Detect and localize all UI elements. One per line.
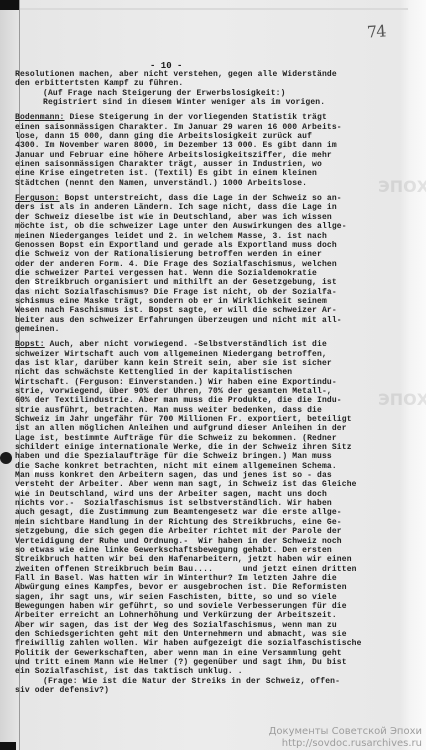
text-line: das nicht Sozialfaschismus? Die Frage is… bbox=[15, 288, 410, 297]
line-text: mein sichtbare Handlung in der Richtung … bbox=[15, 518, 342, 527]
text-line: der Schweiz dieselbe ist wie in Deutschl… bbox=[15, 213, 410, 222]
text-line: haben und die Spezialaufträge für die Sc… bbox=[15, 452, 410, 461]
text-line: Wirtschaft. (Ferguson: Einverstanden.) W… bbox=[15, 378, 410, 387]
line-text: ders ist als in anderen Ländern. Ich sag… bbox=[15, 203, 337, 212]
text-line: Streikbruch hatten wir bei den Hafenarbe… bbox=[15, 555, 410, 564]
line-text: versteht der Arbeiter. Aber wenn man sag… bbox=[15, 480, 357, 489]
text-line: einen saisonmässigen Charakter trägt, au… bbox=[15, 160, 410, 169]
line-text: Schweiz im Jahr ungefähr für 700 Million… bbox=[15, 415, 352, 424]
text-line: beiter aus den schweizer Erfahrungen übe… bbox=[15, 316, 410, 325]
binder-hole bbox=[0, 452, 12, 464]
text-line: Resolutionen machen, aber nicht verstehe… bbox=[15, 70, 410, 79]
line-text: Man muss konkret den Arbeitern sagen, da… bbox=[15, 471, 332, 480]
text-line: den erbittertsten Kampf zu führen. bbox=[15, 79, 410, 88]
text-line: Abwürgung eines Kampfes, bevor er ausgeb… bbox=[15, 583, 410, 592]
text-line: nicht das schwächste Kettenglied in der … bbox=[15, 368, 410, 377]
line-text: schildert einige internationale Werke, d… bbox=[15, 443, 352, 452]
line-text: ist an allen möglichen Anleihen und aufg… bbox=[15, 424, 347, 433]
page-top-fold bbox=[20, 8, 408, 10]
text-line: Januar und Februar eine höhere Arbeitslo… bbox=[15, 151, 410, 160]
text-line: den Schiedsgerichten geht mit den Untern… bbox=[15, 630, 410, 639]
text-line: und tritt einem Mann wie Helmer (?) gege… bbox=[15, 658, 410, 667]
text-line: schismus eine Maske trägt, sondern ob er… bbox=[15, 297, 410, 306]
line-text: Fall in Basel. Was hatten wir in Wintert… bbox=[15, 574, 337, 583]
line-text: den erbittertsten Kampf zu führen. bbox=[15, 79, 183, 88]
archive-watermark-title: Документы Советской Эпохи bbox=[269, 726, 422, 737]
line-text: lose, dann 15 000, dann ging die Arbeits… bbox=[15, 132, 312, 141]
archive-watermark-url: http://sovdoc.rusarchives.ru bbox=[282, 738, 422, 749]
scan-border-corner bbox=[0, 742, 16, 750]
scan-border-corner bbox=[0, 0, 20, 10]
text-line: Schweiz im Jahr ungefähr für 700 Million… bbox=[15, 415, 410, 424]
line-text: so etwas wie eine linke Gewerkschaftsbew… bbox=[15, 546, 332, 555]
text-line: Arbeiter erreicht an Lohnerhöhung und Ve… bbox=[15, 611, 410, 620]
line-text: (Frage: Wie ist die Natur der Streiks in… bbox=[43, 677, 340, 686]
line-text: strie ausführt, betrachten. Man muss wei… bbox=[15, 406, 322, 415]
line-text: (Auf Frage nach Steigerung der Erwerbslo… bbox=[43, 89, 286, 98]
text-line: gemeinen. bbox=[15, 325, 410, 334]
text-line: eine Krise eingetreten ist. (Textil) Es … bbox=[15, 169, 410, 178]
speaker-name: Bopst: bbox=[15, 340, 45, 349]
text-line: Genossen Bopst ein Exportland und gerade… bbox=[15, 241, 410, 250]
line-text: freiwillig zahlen wollen. Wir haben aufg… bbox=[15, 639, 362, 648]
line-text: Bewegungen haben wir geführt, so und sov… bbox=[15, 602, 347, 611]
line-text: der Schweiz dieselbe ist wie in Deutschl… bbox=[15, 213, 332, 222]
text-line: (Frage: Wie ist die Natur der Streiks in… bbox=[15, 677, 410, 686]
line-text: einen saisonmässigen Charakter. Im Janua… bbox=[15, 123, 342, 132]
text-line: 60% der Textilindustrie. Aber man muss d… bbox=[15, 396, 410, 405]
line-text: meinen Niederganges leidet und 2. in wel… bbox=[15, 232, 327, 241]
handwritten-folio-number: 74 bbox=[366, 21, 386, 41]
text-line: lose, dann 15 000, dann ging die Arbeits… bbox=[15, 132, 410, 141]
text-line: Verteidigung der Ruhe und Ordnung.- Wir … bbox=[15, 537, 410, 546]
text-line: den Streikbruch organisiert und mithilft… bbox=[15, 278, 410, 287]
text-line: Registriert sind in diesem Winter wenige… bbox=[15, 98, 410, 107]
line-text: schismus eine Maske trägt, sondern ob er… bbox=[15, 297, 327, 306]
text-line: schildert einige internationale Werke, d… bbox=[15, 443, 410, 452]
line-text: sagen, ihr sagt uns, wir seien Faschiste… bbox=[15, 593, 337, 602]
line-text: zweiten offenen Streikbruch beim Bau....… bbox=[15, 565, 357, 574]
line-text: und tritt einem Mann wie Helmer (?) gege… bbox=[15, 658, 347, 667]
line-text: setzgebung, die sich gegen die Arbeiter … bbox=[15, 527, 342, 536]
line-text: haben und die Spezialaufträge für die Sc… bbox=[15, 452, 332, 461]
text-line: strie ausführt, betrachten. Man muss wei… bbox=[15, 406, 410, 415]
line-text: das ist klar, darüber kann kein Streit s… bbox=[15, 359, 332, 368]
line-text: ein Sozialfaschist, ist das taktisch unk… bbox=[15, 667, 243, 676]
speaker-name: Ferguson: bbox=[15, 194, 60, 203]
line-text: Politik der Gewerkschaften, aber wenn ma… bbox=[15, 649, 342, 658]
line-text: Wirtschaft. (Ferguson: Einverstanden.) W… bbox=[15, 378, 337, 387]
line-text: strie, vorwiegend, über 90% der Uhren, 7… bbox=[15, 387, 332, 396]
line-text: schweizer Wirtschaft auch vom allgemeine… bbox=[15, 350, 327, 359]
line-text: Verteidigung der Ruhe und Ordnung.- Wir … bbox=[15, 537, 342, 546]
text-line: Ferguson: Bopst unterstreicht, dass die … bbox=[15, 194, 410, 203]
line-text: eine Krise eingetreten ist. (Textil) Es … bbox=[15, 169, 317, 178]
line-text: Bopst unterstreicht, dass die Lage in de… bbox=[60, 194, 342, 203]
text-line: sagen, ihr sagt uns, wir seien Faschiste… bbox=[15, 593, 410, 602]
text-line: setzgebung, die sich gegen die Arbeiter … bbox=[15, 527, 410, 536]
speaker-name: Bodenmann: bbox=[15, 113, 65, 122]
text-line: (Auf Frage nach Steigerung der Erwerbslo… bbox=[15, 89, 410, 98]
text-line: ein Sozialfaschist, ist das taktisch unk… bbox=[15, 667, 410, 676]
text-line: freiwillig zahlen wollen. Wir haben aufg… bbox=[15, 639, 410, 648]
text-line: das ist klar, darüber kann kein Streit s… bbox=[15, 359, 410, 368]
text-line: schweizer Wirtschaft auch vom allgemeine… bbox=[15, 350, 410, 359]
line-text: Resolutionen machen, aber nicht verstehe… bbox=[15, 70, 337, 79]
text-line: strie, vorwiegend, über 90% der Uhren, 7… bbox=[15, 387, 410, 396]
text-line: wie in Deutschland, wird uns der Arbeite… bbox=[15, 490, 410, 499]
text-line: einen saisonmässigen Charakter. Im Janua… bbox=[15, 123, 410, 132]
line-text: gemeinen. bbox=[15, 325, 60, 334]
text-line: Politik der Gewerkschaften, aber wenn ma… bbox=[15, 649, 410, 658]
text-line: meinen Niederganges leidet und 2. in wel… bbox=[15, 232, 410, 241]
text-line: so etwas wie eine linke Gewerkschaftsbew… bbox=[15, 546, 410, 555]
text-line: zweiten offenen Streikbruch beim Bau....… bbox=[15, 565, 410, 574]
text-line: Fall in Basel. Was hatten wir in Wintert… bbox=[15, 574, 410, 583]
line-text: beiter aus den schweizer Erfahrungen übe… bbox=[15, 316, 342, 325]
text-line: ders ist als in anderen Ländern. Ich sag… bbox=[15, 203, 410, 212]
line-text: das nicht Sozialfaschismus? Die Frage is… bbox=[15, 288, 337, 297]
line-text: nicht das schwächste Kettenglied in der … bbox=[15, 368, 292, 377]
line-text: wie in Deutschland, wird uns der Arbeite… bbox=[15, 490, 327, 499]
line-text: den Schiedsgerichten geht mit den Untern… bbox=[15, 630, 347, 639]
text-line: Man muss konkret den Arbeitern sagen, da… bbox=[15, 471, 410, 480]
text-line: nichts vor.- Sozialfaschismus ist selbst… bbox=[15, 499, 410, 508]
line-text: Registriert sind in diesem Winter wenige… bbox=[43, 98, 325, 107]
line-text: Diese Steigerung in der vorliegenden Sta… bbox=[65, 113, 327, 122]
line-text: die schweizer Partei vergessen hat. Wenn… bbox=[15, 269, 317, 278]
line-text: möchte ist, ob die schweizer Lage unter … bbox=[15, 222, 347, 231]
line-text: Lage ist, bestimmte Aufträge für die Sch… bbox=[15, 434, 337, 443]
line-text: Aber wir sagen, das ist der Weg des Sozi… bbox=[15, 621, 337, 630]
text-line: 4300. Im November waren 8000, im Dezembe… bbox=[15, 141, 410, 150]
text-line: die schweizer Partei vergessen hat. Wenn… bbox=[15, 269, 410, 278]
text-line: Bopst: Auch, aber nicht vorwiegend. -Sel… bbox=[15, 340, 410, 349]
text-line: die Sache konkret betrachten, nicht mit … bbox=[15, 462, 410, 471]
text-line: Bodenmann: Diese Steigerung in der vorli… bbox=[15, 113, 410, 122]
line-text: Januar und Februar eine höhere Arbeitslo… bbox=[15, 151, 332, 160]
text-line: oder der anderen Form. 4. Die Frage des … bbox=[15, 260, 410, 269]
text-line: die Schweiz von der Rationalisierung bet… bbox=[15, 250, 410, 259]
line-text: 60% der Textilindustrie. Aber man muss d… bbox=[15, 396, 342, 405]
line-text: Genossen Bopst ein Exportland und gerade… bbox=[15, 241, 337, 250]
text-line: Städtchen (nennt den Namen, unverständl.… bbox=[15, 179, 410, 188]
line-text: einen saisonmässigen Charakter trägt, au… bbox=[15, 160, 322, 169]
line-text: nichts vor.- Sozialfaschismus ist selbst… bbox=[15, 499, 332, 508]
line-text: Arbeiter erreicht an Lohnerhöhung und Ve… bbox=[15, 611, 337, 620]
line-text: Streikbruch hatten wir bei den Hafenarbe… bbox=[15, 555, 352, 564]
text-line: Aber wir sagen, das ist der Weg des Sozi… bbox=[15, 621, 410, 630]
text-line: Lage ist, bestimmte Aufträge für die Sch… bbox=[15, 434, 410, 443]
text-line: ist an allen möglichen Anleihen und aufg… bbox=[15, 424, 410, 433]
line-text: 4300. Im November waren 8000, im Dezembe… bbox=[15, 141, 337, 150]
line-text: oder der anderen Form. 4. Die Frage des … bbox=[15, 260, 337, 269]
line-text: die Sache konkret betrachten, nicht mit … bbox=[15, 462, 337, 471]
line-text: Wesen nach Faschismus ist. Bopst sagte, … bbox=[15, 306, 337, 315]
text-line: Bewegungen haben wir geführt, so und sov… bbox=[15, 602, 410, 611]
line-text: Auch, aber nicht vorwiegend. -Selbstvers… bbox=[45, 340, 327, 349]
line-text: die Schweiz von der Rationalisierung bet… bbox=[15, 250, 322, 259]
text-line: mein sichtbare Handlung in der Richtung … bbox=[15, 518, 410, 527]
line-text: den Streikbruch organisiert und mithilft… bbox=[15, 278, 337, 287]
text-line: versteht der Arbeiter. Aber wenn man sag… bbox=[15, 480, 410, 489]
line-text: Städtchen (nennt den Namen, unverständl.… bbox=[15, 179, 307, 188]
typewritten-text: Resolutionen machen, aber nicht verstehe… bbox=[15, 70, 410, 695]
text-line: Wesen nach Faschismus ist. Bopst sagte, … bbox=[15, 306, 410, 315]
line-text: Abwürgung eines Kampfes, bevor er ausgeb… bbox=[15, 583, 347, 592]
scanned-document-page: ЭПОХИ ЭПОХИ 74 - 10 - Resolutionen mache… bbox=[0, 0, 426, 750]
text-line: auch gesagt, die Zustimmung zum Beamteng… bbox=[15, 508, 410, 517]
text-line: möchte ist, ob die schweizer Lage unter … bbox=[15, 222, 410, 231]
line-text: auch gesagt, die Zustimmung zum Beamteng… bbox=[15, 508, 342, 517]
text-line: siv oder defensiv?) bbox=[15, 686, 410, 695]
line-text: siv oder defensiv?) bbox=[15, 686, 109, 695]
